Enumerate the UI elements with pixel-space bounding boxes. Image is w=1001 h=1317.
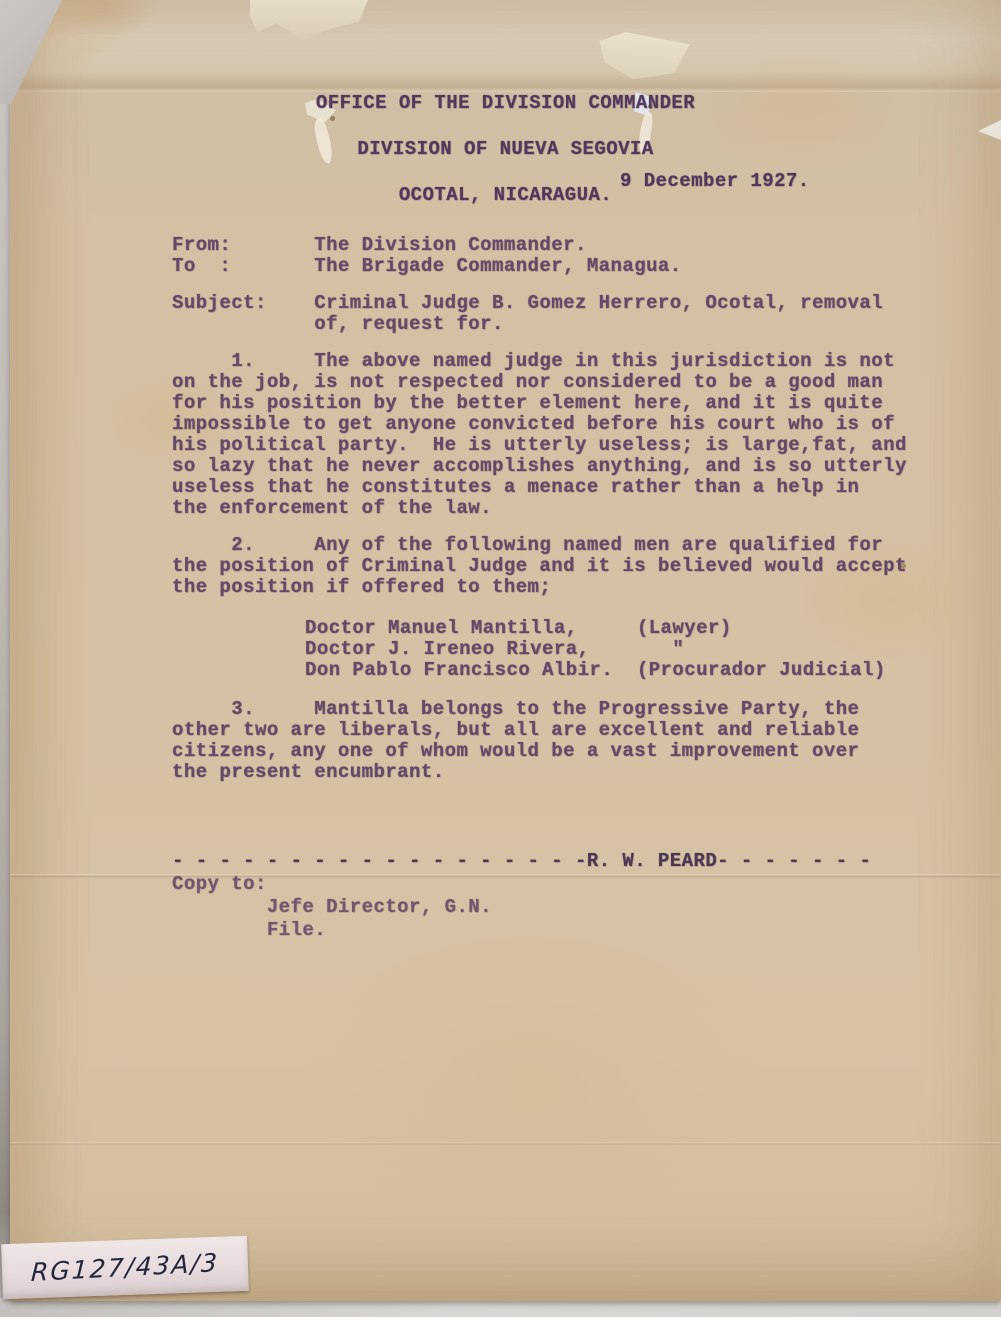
candidate-list: Doctor Manuel Mantilla, (Lawyer) Doctor …	[305, 618, 886, 681]
signature-line: - - - - - - - - - - - - - - - - - -R. W.…	[172, 851, 871, 872]
letterhead-line-1: OFFICE OF THE DIVISION COMMANDER	[316, 92, 695, 114]
paragraph-2: 2. Any of the following named men are qu…	[172, 535, 907, 598]
scanned-document-photo: OFFICE OF THE DIVISION COMMANDER DIVISIO…	[0, 0, 1001, 1317]
archive-label-strip: RG127/43A/3	[1, 1236, 249, 1300]
letterhead: OFFICE OF THE DIVISION COMMANDER DIVISIO…	[10, 92, 1001, 207]
paragraph-1: 1. The above named judge in this jurisdi…	[172, 351, 907, 519]
subject-block: Subject: Criminal Judge B. Gomez Herrero…	[172, 293, 883, 335]
letterhead-line-3: OCOTAL, NICARAGUA.	[399, 184, 612, 206]
paragraph-3: 3. Mantilla belongs to the Progressive P…	[172, 699, 859, 783]
date-line: 9 December 1927.	[620, 171, 810, 192]
archive-label: RG127/43A/3	[30, 1248, 219, 1287]
letterhead-line-2: DIVISION OF NUEVA SEGOVIA	[357, 138, 653, 160]
from-to-block: From: The Division Commander. To : The B…	[172, 235, 682, 277]
copy-to-block: Copy to: Jefe Director, G.N. File.	[172, 873, 492, 942]
